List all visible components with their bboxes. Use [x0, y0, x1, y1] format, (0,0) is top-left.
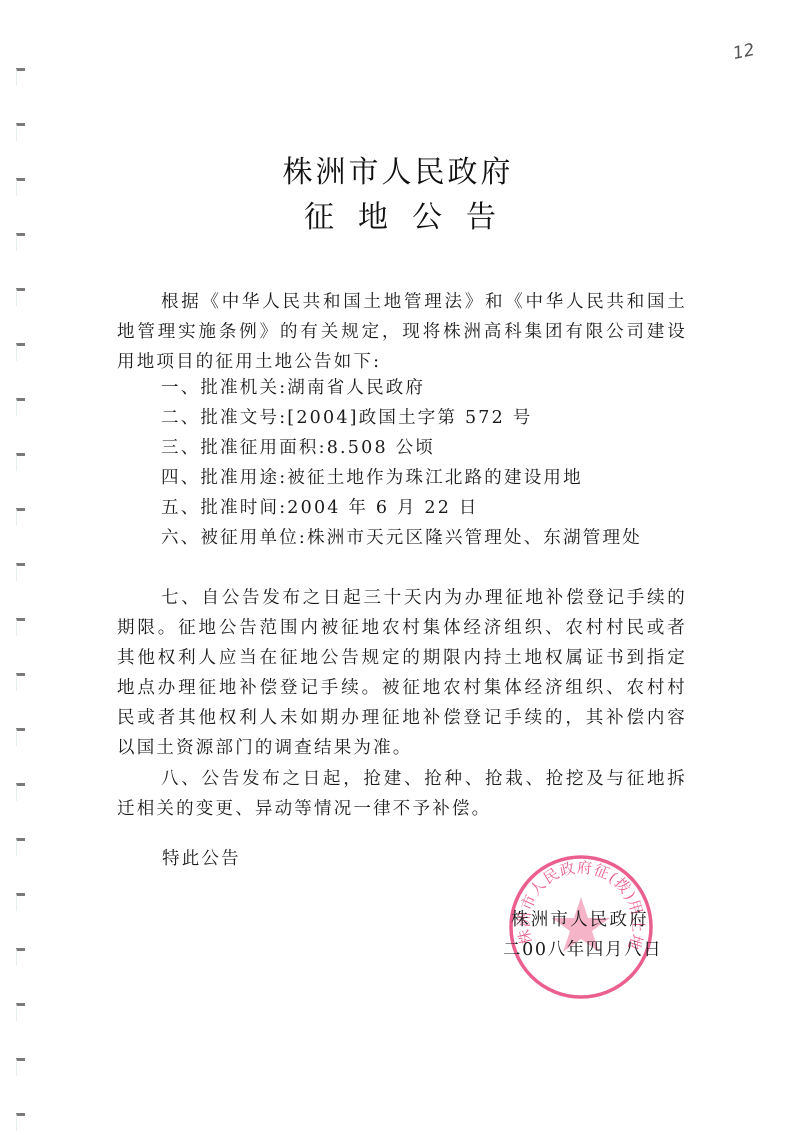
- binding-hole-mark: [16, 783, 25, 801]
- item-value: 8.508 公顷: [327, 438, 435, 458]
- binding-hole-mark: [16, 838, 25, 856]
- item-value: [2004]政国土字第 572 号: [287, 408, 532, 428]
- binding-hole-mark: [16, 123, 25, 141]
- item-approved-area: 三、批准征用面积:8.508 公顷: [117, 433, 687, 463]
- paragraph-no-compensation: 八、公告发布之日起，抢建、抢种、抢栽、抢挖及与征地拆迁相关的变更、异动等情况一律…: [117, 764, 687, 824]
- paragraph-registration-period: 七、自公告发布之日起三十天内为办理征地补偿登记手续的期限。征地公告范围内被征地农…: [117, 583, 687, 763]
- item-label: 六、被征用单位:: [161, 528, 307, 548]
- item-approving-authority: 一、批准机关:湖南省人民政府: [117, 373, 687, 403]
- signature-block: 株洲市人民政府 二00八年四月八日: [503, 905, 693, 965]
- binding-hole-mark: [16, 618, 25, 636]
- signer-name: 株洲市人民政府: [511, 905, 693, 935]
- binding-hole-mark: [16, 948, 25, 966]
- item-value: 湖南省人民政府: [287, 378, 425, 398]
- item-label: 四、批准用途:: [161, 468, 287, 488]
- closing-statement: 特此公告: [162, 845, 241, 870]
- binding-hole-mark: [16, 728, 25, 746]
- item-approval-date: 五、批准时间:2004 年 6 月 22 日: [117, 493, 687, 523]
- item-value: 2004 年 6 月 22 日: [287, 498, 478, 518]
- item-document-number: 二、批准文号:[2004]政国土字第 572 号: [117, 403, 687, 433]
- binding-hole-mark: [16, 68, 25, 86]
- notice-title: 征地公告: [0, 203, 800, 233]
- item-affected-units: 六、被征用单位:株洲市天元区隆兴管理处、东湖管理处: [117, 523, 687, 553]
- item-label: 一、批准机关:: [161, 378, 287, 398]
- handwritten-page-number: 12: [731, 40, 756, 64]
- binding-hole-mark: [16, 1113, 25, 1131]
- item-approved-use: 四、批准用途:被征土地作为珠江北路的建设用地: [117, 463, 687, 493]
- binding-hole-mark: [16, 398, 25, 416]
- binding-hole-mark: [16, 453, 25, 471]
- binding-hole-mark: [16, 288, 25, 306]
- issuer-title: 株洲市人民政府: [0, 158, 798, 188]
- item-label: 二、批准文号:: [161, 408, 287, 428]
- binding-hole-mark: [16, 673, 25, 691]
- binding-hole-mark: [16, 508, 25, 526]
- item-label: 三、批准征用面积:: [161, 438, 327, 458]
- item-value: 株洲市天元区隆兴管理处、东湖管理处: [307, 528, 642, 548]
- intro-paragraph: 根据《中华人民共和国土地管理法》和《中华人民共和国土地管理实施条例》的有关规定，…: [117, 287, 687, 377]
- binding-hole-mark: [16, 233, 25, 251]
- binding-hole-mark: [16, 1003, 25, 1021]
- item-label: 五、批准时间:: [161, 498, 287, 518]
- binding-hole-mark: [16, 563, 25, 581]
- signature-date: 二00八年四月八日: [503, 935, 693, 965]
- binding-hole-mark: [16, 343, 25, 361]
- binding-hole-mark: [16, 893, 25, 911]
- binding-hole-mark: [16, 1058, 25, 1076]
- item-value: 被征土地作为珠江北路的建设用地: [287, 468, 583, 488]
